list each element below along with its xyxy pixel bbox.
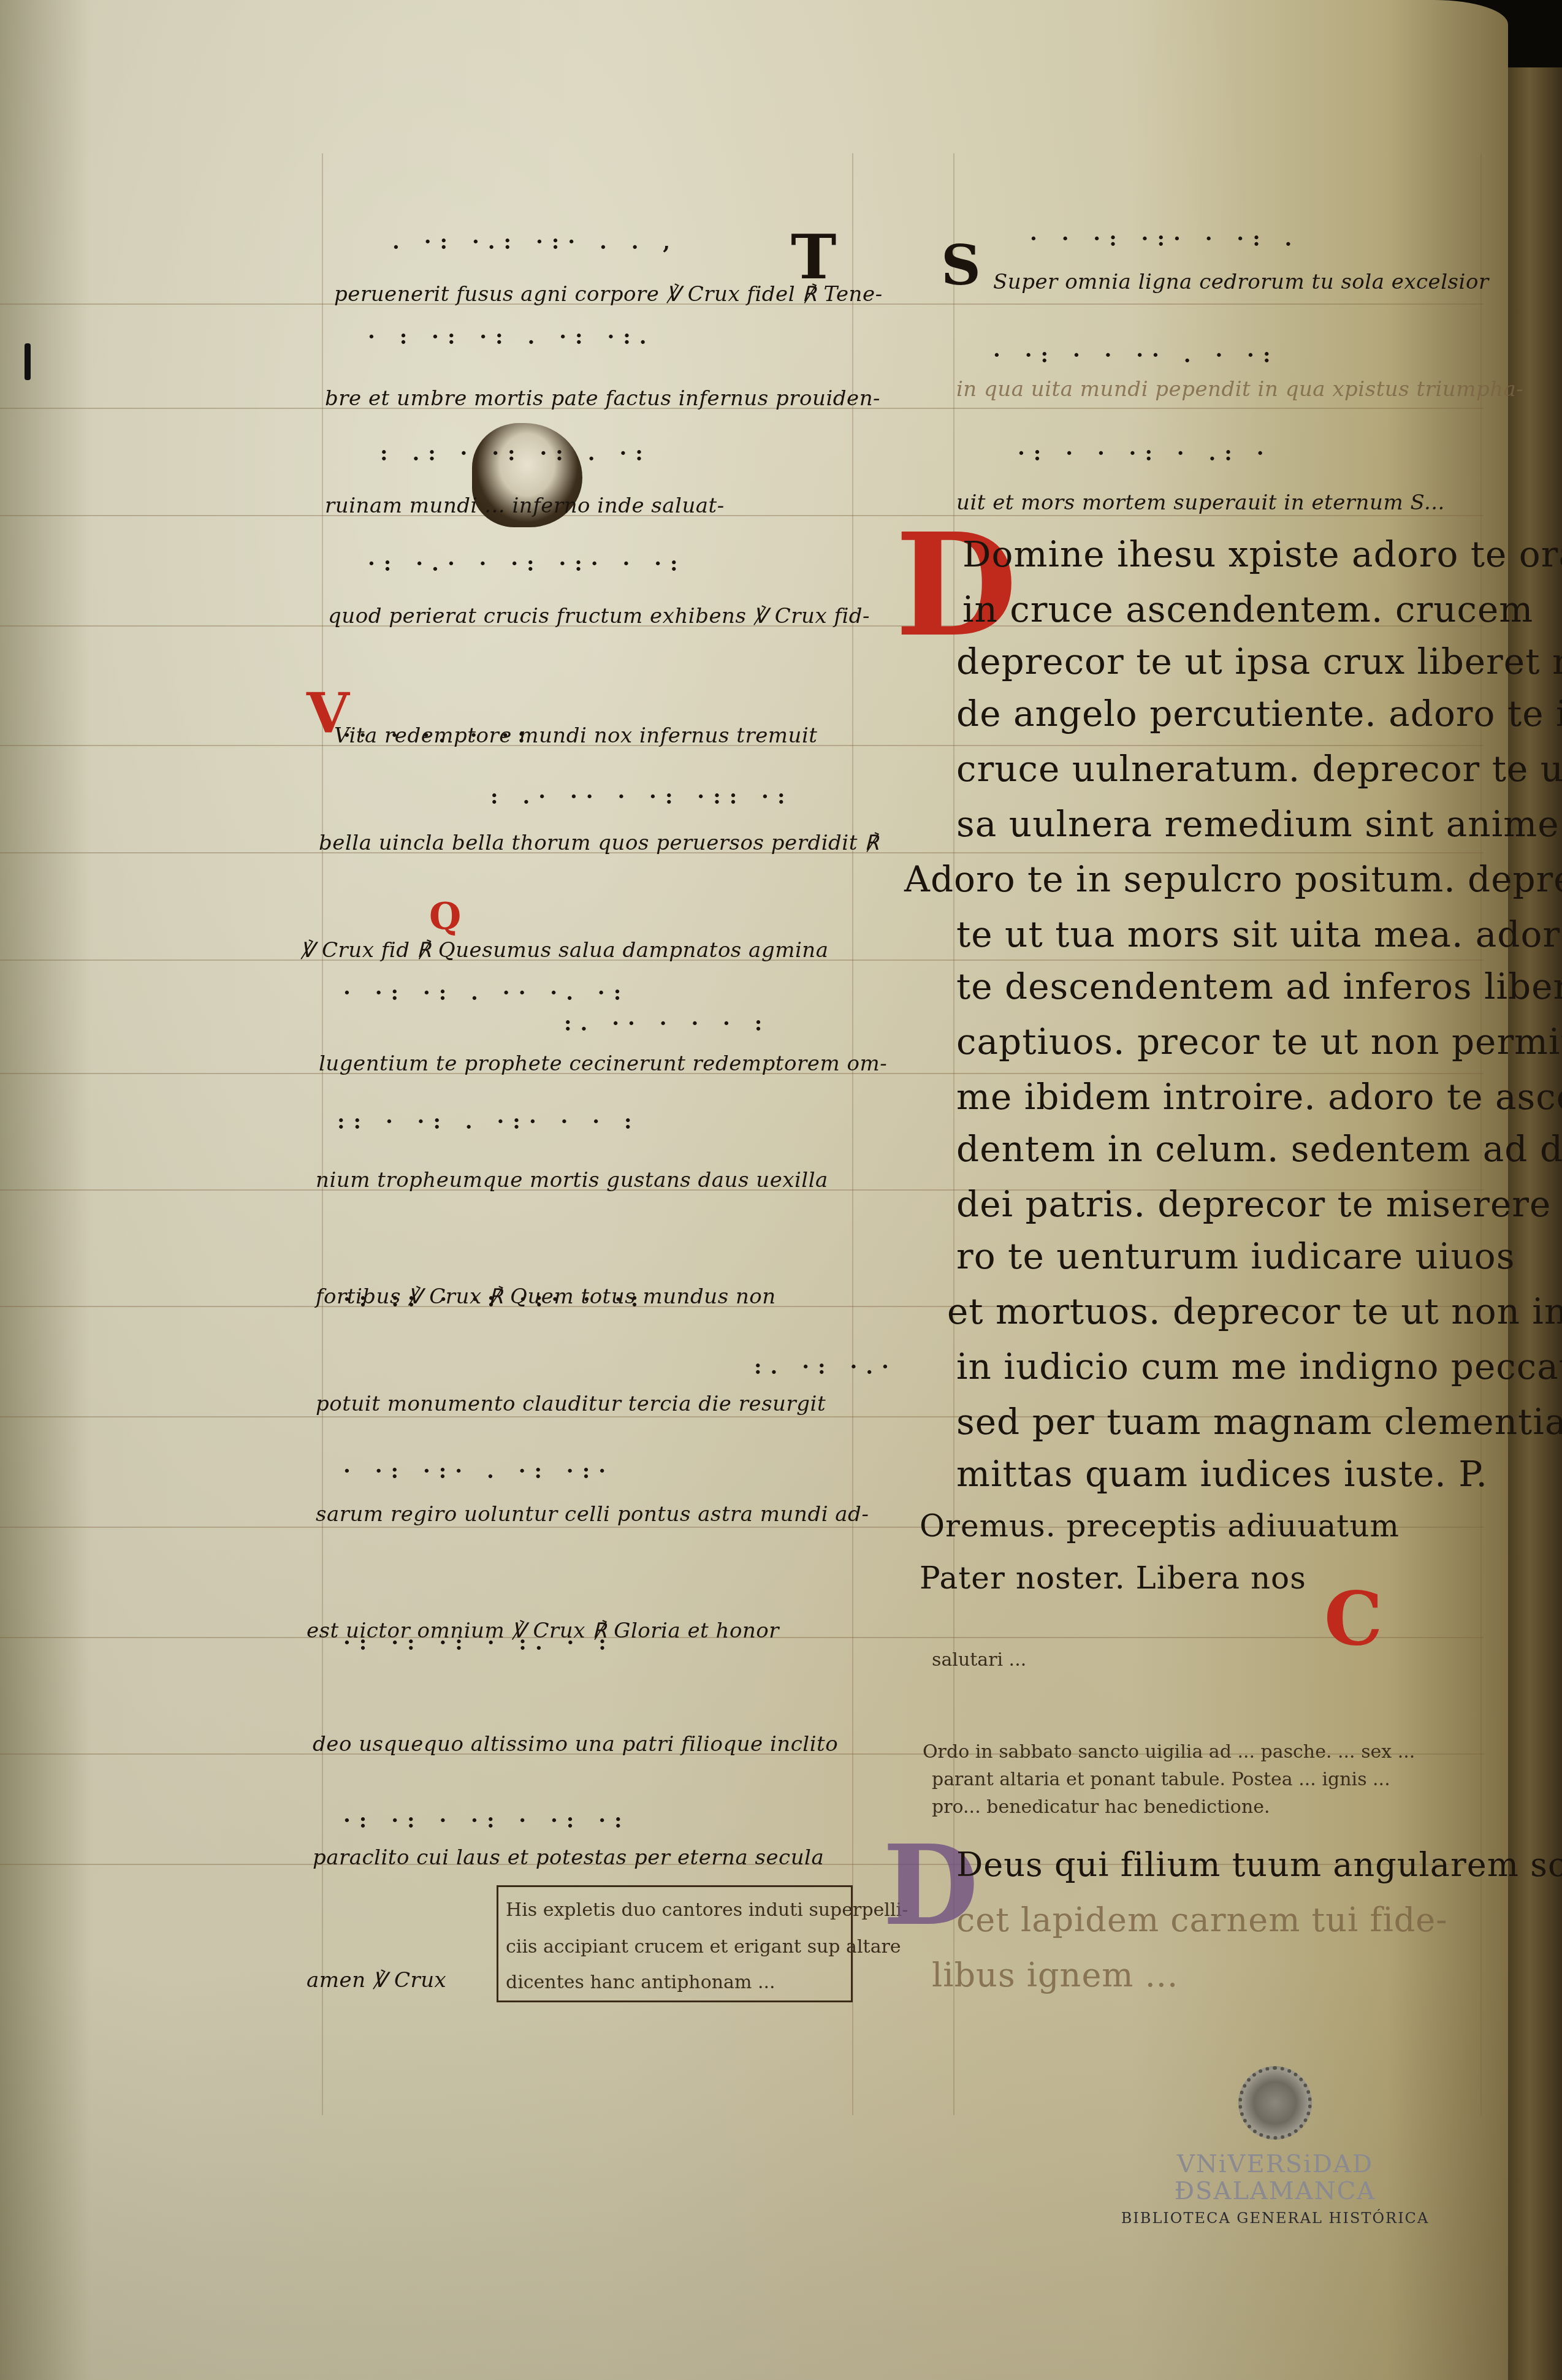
prayer-line: Adoro te in sepulcro positum. deprecor: [904, 858, 1562, 900]
neume-notation: ·: ·: · ·: · ·: ·:: [343, 1809, 631, 1833]
prayer-line: sed per tuam magnam clementiam ante di-: [956, 1401, 1562, 1443]
prayer-line: Domine ihesu xpiste adoro te oratio ad: [962, 533, 1562, 575]
rubric-line: Ordo in sabbato sancto uigilia ad ... pa…: [923, 1741, 1415, 1763]
prayer-line: dentem in celum. sedentem ad dextram: [956, 1128, 1562, 1170]
watermark-line-3: BIBLIOTECA GENERAL HISTÓRICA: [1116, 2210, 1434, 2227]
prayer-line: de angelo percutiente. adoro te in: [956, 693, 1562, 734]
chant-line: nium tropheumque mortis gustans daus uex…: [316, 1168, 828, 1192]
neume-notation: ·: · · ·: · .: ·: [1018, 441, 1273, 466]
chant-line: ℣ Crux fid ℟ Quesumus salua dampnatos ag…: [300, 938, 828, 963]
watermark-line-1: VNiVERSiDAD: [1116, 2151, 1434, 2178]
ruling-line: [852, 153, 853, 2115]
rubric-line: pro... benedicatur hac benedictione.: [932, 1796, 1270, 1818]
neume-notation: · ·: ·: . ·· ·. ·:: [343, 981, 630, 1005]
neume-notation: : .: · ·: ·: . ·:: [380, 441, 652, 466]
neume-notation: ·: ·.· · ·: ·:· · ·:: [368, 552, 687, 576]
neume-notation: . ·: ·.: ·:· . . ,: [392, 230, 679, 254]
university-seal-icon: [1238, 2066, 1312, 2140]
initial-s: S: [941, 233, 981, 298]
prayer-line: cruce uulneratum. deprecor te ut ip-: [956, 748, 1562, 790]
prayer-line: ro te uenturum iudicare uiuos: [956, 1235, 1515, 1277]
rubric-line: ciis accipiant crucem et erigant sup alt…: [506, 1936, 901, 1958]
prayer-line: in cruce ascendentem. crucem: [962, 589, 1533, 630]
neume-notation: · · ·: ·:· · ·: .: [1030, 227, 1300, 251]
prayer-line: in iudicio cum me indigno peccatore.: [956, 1346, 1562, 1387]
watermark-line-2: ÐSALAMANCA: [1116, 2178, 1434, 2205]
chant-line: bre et umbre mortis pate factus infernus…: [325, 386, 880, 411]
rubric-line: parant altaria et ponant tabule. Postea …: [932, 1769, 1390, 1790]
prayer-line: libus ignem ...: [932, 1956, 1178, 1994]
chant-line: est uictor omnium ℣ Crux ℟ Gloria et hon…: [307, 1619, 779, 1643]
ink-mark: [25, 343, 31, 380]
rubric-line: salutari ...: [932, 1649, 1026, 1671]
chant-line: Super omnia ligna cedrorum tu sola excel…: [993, 270, 1489, 294]
boxed-rubric: His expletis duo cantores induti superpe…: [497, 1885, 853, 2002]
chant-line: quod perierat crucis fructum exhibens ℣ …: [328, 604, 870, 628]
initial-v: V: [307, 681, 349, 746]
neume-notation: : .· ·· · ·: ·:: ·:: [490, 785, 793, 809]
prayer-line: cet lapidem carnem tui fide-: [956, 1901, 1448, 1939]
neume-notation: :. ·· · · · :: [564, 1012, 771, 1036]
prayer-line: mittas quam iudices iuste. P.: [956, 1453, 1488, 1495]
chant-line: Vita redemptore mundi nox infernus tremu…: [334, 723, 817, 748]
chant-line: in qua uita mundi pependit in qua xpistu…: [956, 377, 1523, 402]
rubric-line: dicentes hanc antiphonam ...: [506, 1972, 775, 1993]
prayer-line: captiuos. precor te ut non permittas: [956, 1021, 1562, 1062]
initial-q: Q: [429, 895, 461, 938]
rubric-line: Oremus. preceptis adiuuatum: [920, 1508, 1400, 1544]
library-watermark: VNiVERSiDAD ÐSALAMANCA BIBLIOTECA GENERA…: [1116, 2066, 1434, 2227]
neume-notation: · ·: ·:· . ·: ·:·: [343, 1459, 614, 1484]
rubric-line: Pater noster. Libera nos: [920, 1560, 1306, 1596]
chant-line: potuit monumento clauditur tercia die re…: [316, 1392, 826, 1416]
ruling-line: [0, 515, 1484, 516]
neume-notation: :. ·: ·.·: [754, 1355, 897, 1379]
chant-line: sarum regiro uoluntur celli pontus astra…: [316, 1502, 869, 1527]
prayer-line: et mortuos. deprecor te ut non intres: [947, 1291, 1562, 1332]
prayer-line: te descendentem ad inferos liberantem: [956, 966, 1562, 1007]
initial-c: C: [1324, 1576, 1383, 1662]
chant-line: uit et mors mortem superauit in eternum …: [956, 490, 1445, 515]
chant-line: paraclito cui laus et potestas per etern…: [313, 1845, 824, 1870]
chant-line: bella uincla bella thorum quos peruersos…: [319, 831, 879, 855]
neume-notation: :: · ·: . ·:· · · :: [337, 1110, 640, 1134]
chant-line: lugentium te prophete cecinerunt redempt…: [319, 1051, 887, 1076]
chant-line: deo usquequo altissimo una patri filioqu…: [313, 1732, 838, 1756]
prayer-line: dei patris. deprecor te miserere mei. ad…: [956, 1183, 1562, 1225]
chant-line: ruinam mundi ... inferno inde saluat-: [325, 494, 725, 518]
neume-notation: · ·: · · ·· . · ·:: [993, 343, 1279, 368]
prayer-line: me ibidem introire. adoro te ascen-: [956, 1076, 1562, 1118]
neume-notation: · : ·: ·: . ·: ·:.: [368, 325, 655, 349]
prayer-line: te ut tua mors sit uita mea. adoro: [956, 913, 1562, 955]
initial-t: T: [791, 221, 836, 293]
ruling-line: [322, 153, 323, 2115]
prayer-line: sa uulnera remedium sint anime mee.: [956, 803, 1562, 845]
chant-line: fortibus ℣ Crux ℟ Quem totus mundus non: [316, 1284, 776, 1309]
prayer-line: Deus qui filium tuum angularem scili-: [956, 1845, 1562, 1884]
prayer-line: deprecor te ut ipsa crux liberet me: [956, 641, 1562, 682]
rubric-line: His expletis duo cantores induti superpe…: [506, 1899, 908, 1921]
chant-line: amen ℣ Crux: [307, 1968, 446, 1993]
